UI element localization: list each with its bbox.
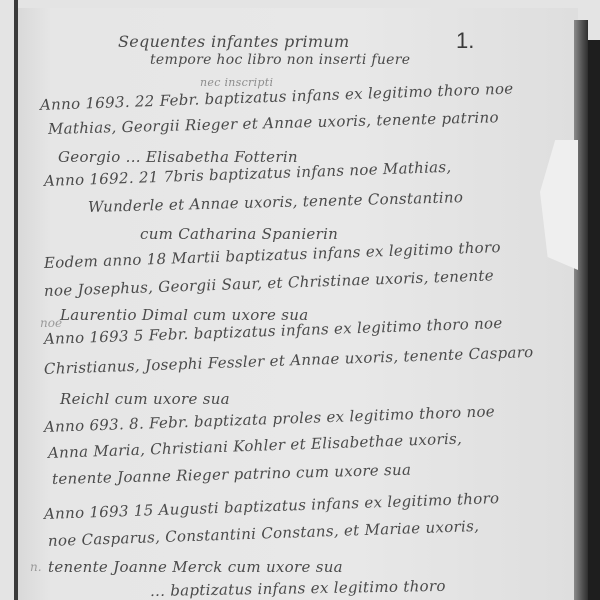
margin-note: n.: [30, 560, 42, 574]
register-line: tenente Joanne Merck cum uxore sua: [48, 558, 343, 576]
heading-line: nec inscripti: [200, 76, 273, 89]
right-spine-shadow: [588, 40, 600, 600]
left-binding-edge: [14, 0, 18, 600]
heading-line: Sequentes infantes primum: [118, 32, 349, 51]
heading-line: tempore hoc libro non inserti fuere: [150, 52, 410, 68]
register-line: cum Catharina Spanierin: [140, 225, 338, 243]
right-spine: [574, 20, 588, 600]
register-line: Reichl cum uxore sua: [60, 390, 230, 408]
page-number: 1.: [456, 28, 474, 54]
register-line: Georgio ... Elisabetha Fotterin: [58, 148, 298, 166]
margin-note: noe: [40, 316, 62, 330]
